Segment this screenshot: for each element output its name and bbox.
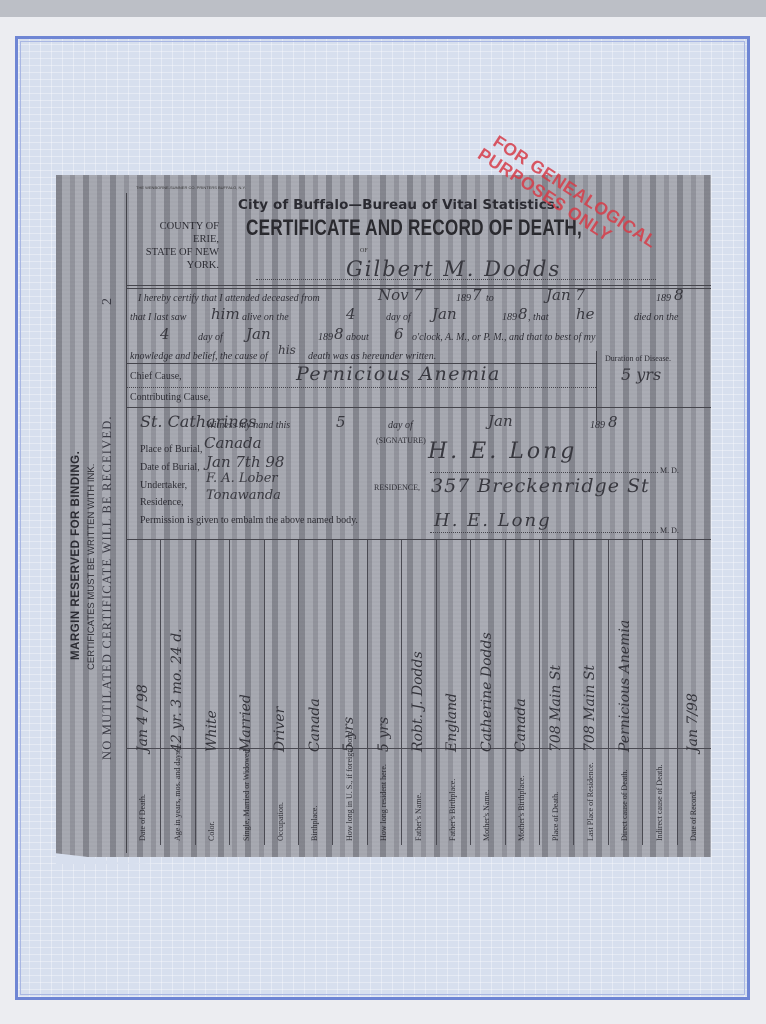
died-pronoun: he — [576, 305, 595, 323]
hour-value: 6 — [394, 325, 404, 343]
column-header: Date of Death. — [138, 794, 147, 841]
column-value: England — [444, 693, 460, 752]
chief-cause-line — [126, 387, 596, 388]
signature-label: (SIGNATURE) — [376, 436, 426, 445]
column-value: Jan 4 / 98 — [135, 684, 151, 752]
oclock-text: o'clock, A. M., or P. M., and that to be… — [412, 332, 595, 343]
column-divider — [195, 540, 196, 845]
column-divider — [229, 540, 230, 845]
column-header: Direct cause of Death. — [620, 769, 629, 841]
column-value: 42 yr. 3 mo. 24 d. — [169, 628, 185, 752]
md-label-2: M. D. — [660, 526, 679, 535]
printer-imprint: THE WENBORNE-SUMNER CO. PRINTERS BUFFALO… — [136, 185, 246, 190]
witness-year-hand: 8 — [608, 413, 618, 431]
state-label: STATE OF NEW YORK. — [134, 246, 219, 272]
name-line — [256, 279, 656, 280]
duration-label: Duration of Disease. — [605, 354, 671, 363]
county-label: COUNTY OF ERIE, — [134, 220, 219, 246]
signature-line — [430, 472, 658, 473]
witness-month: Jan — [488, 412, 513, 430]
last-saw-pronoun: him — [211, 305, 240, 323]
contributing-cause-label: Contributing Cause, — [130, 392, 211, 403]
column-value: Canada — [307, 698, 323, 752]
last-saw-month: Jan — [432, 305, 457, 323]
knowledge-prefix: knowledge and belief, the cause of — [130, 351, 268, 362]
column-header: Date of Record. — [689, 790, 698, 841]
witness-year-printed: 189 — [590, 420, 605, 431]
column-divider — [470, 540, 471, 845]
column-value: Canada — [513, 698, 529, 752]
column-header: Father's Birthplace. — [448, 779, 457, 841]
chief-cause-label: Chief Cause, — [130, 371, 182, 382]
margin-handwritten-mark: 2 — [100, 298, 116, 305]
that-label: , that — [528, 312, 549, 323]
column-value: 5 yrs — [341, 717, 357, 752]
column-divider — [677, 540, 678, 845]
year1-printed: 189 — [456, 293, 471, 304]
column-divider — [298, 540, 299, 845]
column-divider — [573, 540, 574, 845]
column-header: Indirect cause of Death. — [655, 765, 664, 841]
witness-day: 5 — [336, 413, 346, 431]
of-label: OF — [360, 248, 368, 254]
knowledge-suffix: death was as hereunder written. — [308, 351, 436, 362]
undertaker-value: F. A. Lober — [206, 471, 278, 486]
year1-hand: 7 — [472, 286, 482, 304]
duration-value: 5 yrs — [621, 365, 661, 384]
day-of-label: day of — [386, 312, 411, 323]
attended-from-value: Nov 7 — [378, 286, 423, 304]
deceased-name: Gilbert M. Dodds — [346, 257, 561, 281]
death-certificate: 2 MARGIN RESERVED FOR BINDING. CERTIFICA… — [56, 175, 711, 857]
embalm-permission-text: Permission is given to embalm the above … — [140, 515, 358, 526]
column-value: 708 Main St — [548, 665, 564, 752]
witness-prefix: Witness my hand this — [206, 420, 290, 431]
about-label: about — [346, 332, 369, 343]
year3-hand: 8 — [518, 305, 528, 323]
day-of-label-2: day of — [198, 332, 223, 343]
burial-place-label: Place of Burial, — [140, 444, 202, 455]
column-divider — [332, 540, 333, 845]
year2-printed: 189 — [656, 293, 671, 304]
record-table: Date of Death.Jan 4 / 98Age in years, mo… — [126, 540, 711, 845]
mutilated-notice-text: NO MUTILATED CERTIFICATE WILL BE RECEIVE… — [100, 415, 115, 760]
binding-margin: 2 MARGIN RESERVED FOR BINDING. CERTIFICA… — [56, 175, 124, 857]
column-value: Jan 7/98 — [685, 693, 701, 752]
county-state: COUNTY OF ERIE, STATE OF NEW YORK. — [134, 220, 219, 272]
md-label: M. D. — [660, 466, 679, 475]
margin-reserved-text: MARGIN RESERVED FOR BINDING. — [70, 451, 82, 660]
died-on-the: died on the — [634, 312, 678, 323]
column-value: Married — [238, 694, 254, 752]
witness-day-of: day of — [388, 420, 413, 431]
column-header: Mother's Name. — [482, 790, 491, 841]
column-value: Robt. J. Dodds — [410, 651, 426, 752]
scanner-edge — [0, 0, 766, 17]
column-divider — [608, 540, 609, 845]
column-header: How long resident here. — [379, 764, 388, 841]
burial-place-value: Canada — [204, 434, 262, 452]
column-divider — [436, 540, 437, 845]
column-divider — [539, 540, 540, 845]
physician-residence-label: RESIDENCE, — [374, 483, 420, 492]
embalm-signature-line — [430, 532, 658, 533]
to-label: to — [486, 293, 494, 304]
column-divider — [264, 540, 265, 845]
attended-to-value: Jan 7 — [546, 286, 585, 304]
year4-hand: 8 — [334, 325, 344, 343]
column-divider — [160, 540, 161, 845]
column-divider — [642, 540, 643, 845]
residence-label: Residence, — [140, 497, 184, 508]
column-header: Birthplace. — [310, 806, 319, 841]
column-divider — [367, 540, 368, 845]
burial-date-label: Date of Burial, — [140, 462, 200, 473]
column-value: 708 Main St — [582, 665, 598, 752]
residence-value: Tonawanda — [206, 488, 281, 503]
attended-prefix: I hereby certify that I attended decease… — [138, 293, 320, 304]
column-value: White — [204, 710, 220, 752]
alive-on-the: alive on the — [242, 312, 289, 323]
column-value: Pernicious Anemia — [617, 620, 633, 752]
chief-cause-value: Pernicious Anemia — [296, 363, 501, 385]
witness-rule — [126, 407, 711, 408]
column-header: Single, Married or Widowed. — [242, 747, 251, 841]
column-header: Father's Name. — [414, 793, 423, 841]
column-header: Occupation. — [276, 802, 285, 841]
column-value: Catherine Dodds — [479, 632, 495, 752]
column-header: Place of Death. — [551, 792, 560, 841]
burial-date-value: Jan 7th 98 — [206, 453, 284, 471]
physician-residence-value: 357 Breckenridge St — [431, 475, 650, 497]
death-month: Jan — [246, 325, 271, 343]
death-day: 4 — [160, 325, 170, 343]
column-header: Mother's Birthplace. — [517, 776, 526, 841]
year2-hand: 8 — [674, 286, 684, 304]
last-saw-day: 4 — [346, 305, 356, 323]
column-value: Driver — [272, 707, 288, 752]
knowledge-pronoun: his — [278, 343, 296, 357]
column-header: Age in years, mos. and days. — [173, 749, 182, 841]
duration-divider — [596, 351, 597, 421]
undertaker-label: Undertaker, — [140, 480, 187, 491]
ink-notice-text: CERTIFICATES MUST BE WRITTEN WITH INK. — [86, 464, 97, 670]
column-divider — [505, 540, 506, 845]
certificate-title: CERTIFICATE AND RECORD OF DEATH, — [246, 215, 582, 241]
year4-printed: 189 — [318, 332, 333, 343]
physician-signature: H. E. Long — [428, 439, 577, 464]
bureau-heading: City of Buffalo—Bureau of Vital Statisti… — [238, 197, 560, 213]
column-value: 5 yrs — [376, 717, 392, 752]
column-header: Last Place of Residence. — [586, 762, 595, 841]
embalm-signature: H. E. Long — [434, 510, 552, 531]
column-divider — [401, 540, 402, 845]
year3-printed: 189 — [502, 312, 517, 323]
column-header: Color. — [207, 821, 216, 841]
last-saw-prefix: that I last saw — [130, 312, 186, 323]
